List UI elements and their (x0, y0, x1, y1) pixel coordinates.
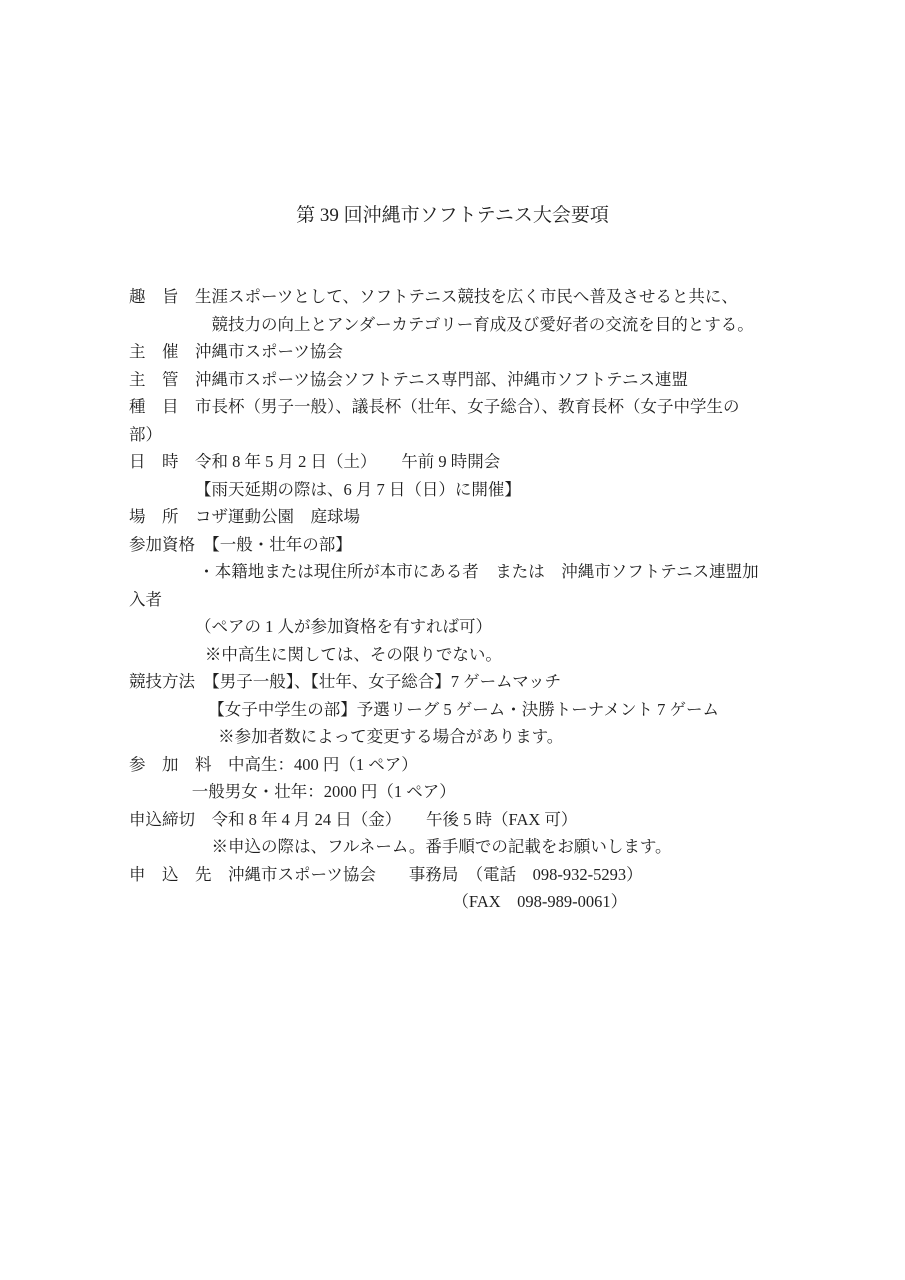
document-line: （ペアの 1 人が参加資格を有すれば可） (129, 613, 809, 641)
document-line: 主 催 沖縄市スポーツ協会 (129, 338, 809, 366)
document-line: 【女子中学生の部】予選リーグ 5 ゲーム・決勝トーナメント 7 ゲーム (129, 696, 809, 724)
document-line: 【雨天延期の際は、6 月 7 日（日）に開催】 (129, 476, 809, 504)
document-line: 申込締切 令和 8 年 4 月 24 日（金） 午後 5 時（FAX 可） (129, 806, 809, 834)
document-line: 競技力の向上とアンダーカテゴリー育成及び愛好者の交流を目的とする。 (129, 311, 809, 339)
document-line: 場 所 コザ運動公園 庭球場 (129, 503, 809, 531)
document-line: 参 加 料 中高生：400 円（1 ペア） (129, 751, 809, 779)
document-line: 趣 旨 生涯スポーツとして、ソフトテニス競技を広く市民へ普及させると共に、 (129, 283, 809, 311)
document-line: ・本籍地または現住所が本市にある者 または 沖縄市ソフトテニス連盟加 (129, 558, 809, 586)
document-line: 主 管 沖縄市スポーツ協会ソフトテニス専門部、沖縄市ソフトテニス連盟 (129, 366, 809, 394)
document-line: 参加資格 【一般・壮年の部】 (129, 531, 809, 559)
document-line: 種 目 市長杯（男子一般）、議長杯（壮年、女子総合）、教育長杯（女子中学生の (129, 393, 809, 421)
document-page: 第 39 回沖縄市ソフトテニス大会要項 趣 旨 生涯スポーツとして、ソフトテニス… (0, 0, 905, 1280)
document-line: 部） (129, 421, 809, 449)
document-line: 競技方法 【男子一般】、【壮年、女子総合】7 ゲームマッチ (129, 668, 809, 696)
document-line: ※参加者数によって変更する場合があります。 (129, 723, 809, 751)
document-line: 申 込 先 沖縄市スポーツ協会 事務局 （電話 098-932-5293） (129, 861, 809, 889)
document-body: 趣 旨 生涯スポーツとして、ソフトテニス競技を広く市民へ普及させると共に、競技力… (129, 283, 809, 916)
document-line: 入者 (129, 586, 809, 614)
document-title: 第 39 回沖縄市ソフトテニス大会要項 (0, 204, 905, 228)
document-line: ※申込の際は、フルネーム。番手順での記載をお願いします。 (129, 833, 809, 861)
document-line: （FAX 098-989-0061） (129, 888, 809, 916)
document-line: ※中高生に関しては、その限りでない。 (129, 641, 809, 669)
document-line: 日 時 令和 8 年 5 月 2 日（土） 午前 9 時開会 (129, 448, 809, 476)
document-line: 一般男女・壮年：2000 円（1 ペア） (129, 778, 809, 806)
